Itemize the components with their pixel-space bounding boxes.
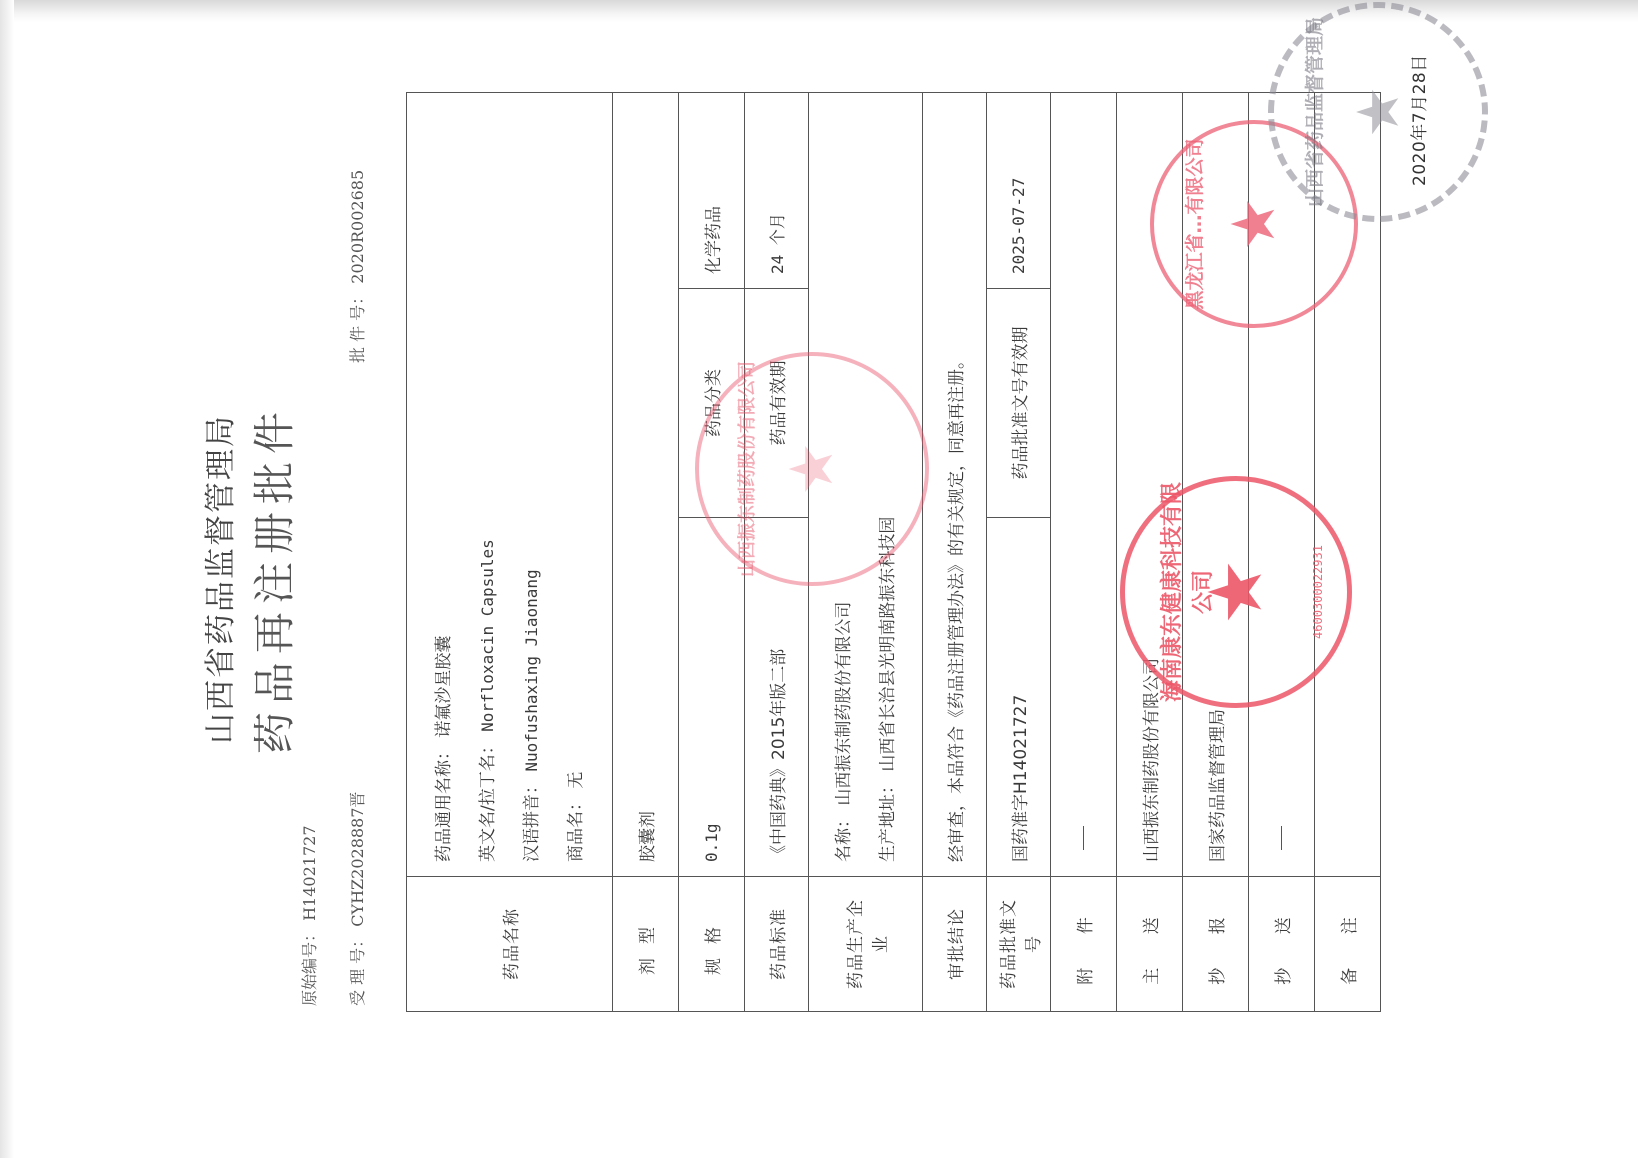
conclusion-value: 经审查，本品符合《药品注册管理办法》的有关规定，同意再注册。 (923, 93, 987, 877)
remarks-value (1315, 93, 1381, 877)
report-to-value: 国家药品监督管理局 (1183, 93, 1249, 877)
empty-dash (1083, 826, 1084, 850)
label-dosage-form: 剂型 (613, 877, 679, 1012)
label-approval-validity: 药品批准文号有效期 (987, 289, 1051, 518)
acceptance-number: 受 理 号： CYHZ2028887晋 (345, 792, 368, 1006)
row-main-recipient: 主 送 山西振东制药股份有限公司 (1117, 93, 1183, 1012)
label-main-recipient: 主 送 (1117, 877, 1183, 1012)
label-drug-validity: 药品有效期 (745, 289, 809, 518)
drug-category-value: 化学药品 (679, 93, 745, 289)
trade-name-label: 商品名： (566, 794, 586, 862)
label-manufacturer: 药品生产企业 (809, 877, 923, 1012)
english-name-value: Norfloxacin Capsules (478, 539, 497, 732)
english-name-label: 英文名/拉丁名： (478, 737, 498, 862)
label-conclusion: 审批结论 (923, 877, 987, 1012)
document-title: 药品再注册批件 (242, 0, 302, 1158)
row-dosage-form: 剂型 胶囊剂 (613, 93, 679, 1012)
pinyin-line: 汉语拼音： Nuofushaxing Jiaonang (510, 107, 554, 862)
original-number-label: 原始编号： (300, 926, 319, 1006)
manufacturer-name-label: 名称： (834, 811, 854, 862)
specification-value: 0.1g (679, 518, 745, 877)
english-name-line: 英文名/拉丁名： Norfloxacin Capsules (466, 107, 510, 862)
drug-name-cell: 药品通用名称： 诺氟沙星胶囊 英文名/拉丁名： Norfloxacin Caps… (407, 93, 613, 877)
issue-date: 2020年7月28日 (1405, 54, 1430, 186)
manufacturer-address-value: 山西省长治县光明南路振东科技园 (878, 517, 898, 772)
manufacturer-address-line: 生产地址： 山西省长治县光明南路振东科技园 (866, 107, 910, 862)
approval-number-value: 2020R002685 (348, 170, 367, 284)
approval-document-page: 山西省药品监督管理局 药品再注册批件 原始编号： H14021727 受 理 号… (0, 0, 1638, 1158)
row-attachment: 附 件 (1051, 93, 1117, 1012)
original-number: 原始编号： H14021727 (297, 826, 320, 1007)
pinyin-label: 汉语拼音： (522, 777, 542, 862)
manufacturer-address-label: 生产地址： (878, 777, 898, 862)
acceptance-number-value: CYHZ2028887晋 (348, 792, 367, 927)
generic-name-value: 诺氟沙星胶囊 (434, 636, 454, 738)
copy-to-value (1249, 93, 1315, 877)
row-copy-to: 抄 送 (1249, 93, 1315, 1012)
generic-name-label: 药品通用名称： (434, 743, 454, 862)
label-drug-name: 药品名称 (407, 877, 613, 1012)
drug-standard-value: 《中国药典》2015年版二部 (745, 518, 809, 877)
row-report-to: 抄 报 国家药品监督管理局 (1183, 93, 1249, 1012)
approval-number-label: 批 件 号： (348, 289, 367, 363)
trade-name-line: 商品名： 无 (554, 107, 598, 862)
approval-number-value-cell: 国药准字H14021727 (987, 518, 1051, 877)
label-drug-category: 药品分类 (679, 289, 745, 518)
manufacturer-name-line: 名称： 山西振东制药股份有限公司 (822, 107, 866, 862)
label-report-to: 抄 报 (1183, 877, 1249, 1012)
row-conclusion: 审批结论 经审查，本品符合《药品注册管理办法》的有关规定，同意再注册。 (923, 93, 987, 1012)
row-manufacturer: 药品生产企业 名称： 山西振东制药股份有限公司 生产地址： 山西省长治县光明南路… (809, 93, 923, 1012)
trade-name-value: 无 (566, 772, 586, 789)
approval-validity-value: 2025-07-27 (987, 93, 1051, 289)
label-drug-standard: 药品标准 (745, 877, 809, 1012)
drug-validity-value: 24 个月 (745, 93, 809, 289)
row-specification: 规格 0.1g 药品分类 化学药品 (679, 93, 745, 1012)
issuing-agency: 山西省药品监督管理局 (195, 0, 240, 1158)
attachment-value (1051, 93, 1117, 877)
pinyin-value: Nuofushaxing Jiaonang (522, 569, 541, 771)
row-approval-number: 药品批准文号 国药准字H14021727 药品批准文号有效期 2025-07-2… (987, 93, 1051, 1012)
dosage-form-value: 胶囊剂 (613, 93, 679, 877)
row-drug-name: 药品名称 药品通用名称： 诺氟沙星胶囊 英文名/拉丁名： Norfloxacin… (407, 93, 613, 1012)
label-copy-to: 抄 送 (1249, 877, 1315, 1012)
acceptance-number-label: 受 理 号： (348, 932, 367, 1006)
row-standard: 药品标准 《中国药典》2015年版二部 药品有效期 24 个月 (745, 93, 809, 1012)
label-approval-number: 药品批准文号 (987, 877, 1051, 1012)
row-remarks: 备 注 (1315, 93, 1381, 1012)
original-number-value: H14021727 (300, 826, 319, 921)
manufacturer-name-value: 山西振东制药股份有限公司 (834, 602, 854, 806)
generic-name-line: 药品通用名称： 诺氟沙星胶囊 (422, 107, 466, 862)
label-remarks: 备 注 (1315, 877, 1381, 1012)
label-attachment: 附 件 (1051, 877, 1117, 1012)
manufacturer-cell: 名称： 山西振东制药股份有限公司 生产地址： 山西省长治县光明南路振东科技园 (809, 93, 923, 877)
empty-dash (1281, 826, 1282, 850)
label-specification: 规格 (679, 877, 745, 1012)
registration-form-table: 药品名称 药品通用名称： 诺氟沙星胶囊 英文名/拉丁名： Norfloxacin… (406, 92, 1381, 1012)
approval-document-number: 批 件 号： 2020R002685 (345, 170, 368, 363)
main-recipient-value: 山西振东制药股份有限公司 (1117, 93, 1183, 877)
